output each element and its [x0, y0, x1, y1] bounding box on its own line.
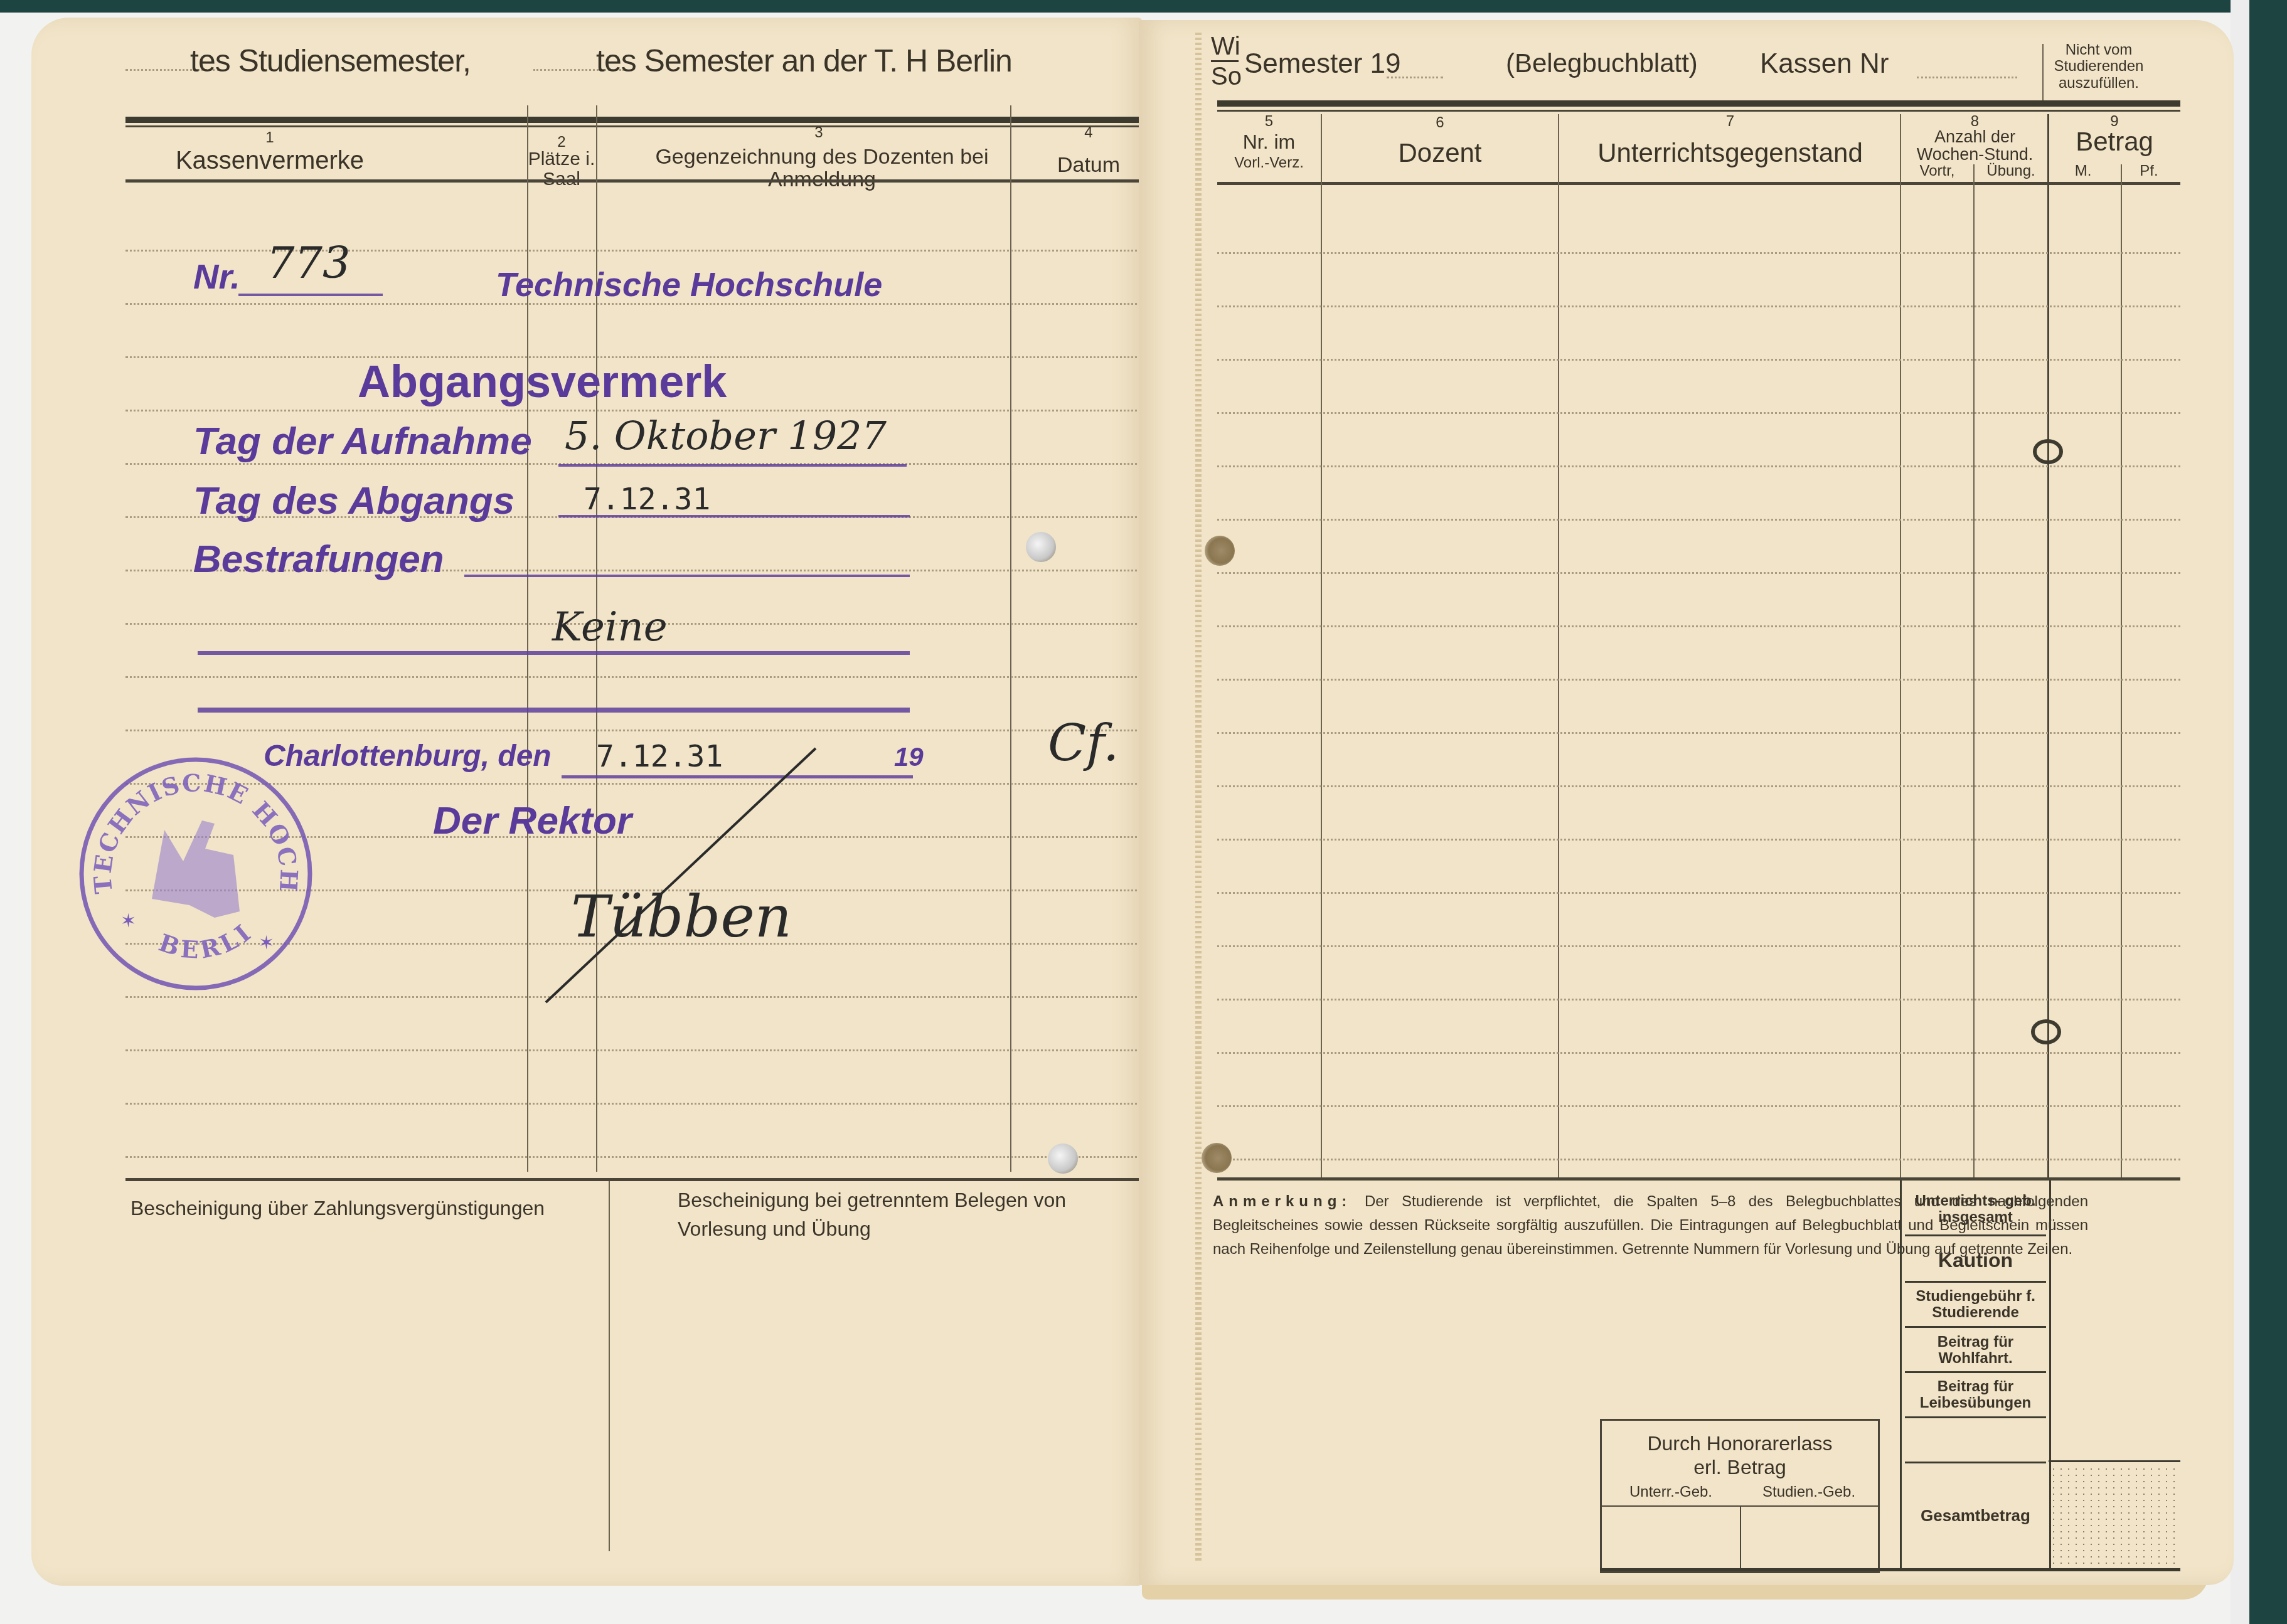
stamp-institution: Technische Hochschule	[496, 265, 882, 304]
column-divider	[1558, 114, 1559, 1181]
column-subheader-pfennig: Pf.	[2118, 163, 2180, 179]
column-header-kassenvermerke: Kassenvermerke	[125, 147, 414, 174]
punch-hole	[1205, 536, 1235, 566]
stamp-nr-label: Nr.	[193, 256, 240, 297]
column-header-dozent: Dozent	[1321, 139, 1559, 167]
row-line	[125, 1156, 1142, 1158]
header-semester-th-berlin: tes Semester an der T. H Berlin	[596, 43, 1012, 79]
row-line	[1217, 1052, 2180, 1054]
row-line	[1217, 1159, 2180, 1160]
column-header-datum: Datum	[1042, 154, 1136, 177]
fee-row-leibesuebungen: Beitrag für Leibesübungen	[1902, 1379, 2049, 1412]
row-line	[1217, 945, 2180, 947]
office-only-note: Nicht vom Studierenden auszufüllen.	[2049, 42, 2149, 92]
column-header-nr-im: Nr. im	[1217, 132, 1321, 153]
stamp-underline	[238, 294, 383, 296]
fee-row-wohlfahrt: Beitrag für Wohlfahrt.	[1902, 1334, 2049, 1367]
footer-zahlungsverguenstigungen: Bescheinigung über Zahlungsvergünstigung…	[131, 1194, 570, 1223]
fraction-bar	[1211, 60, 1239, 62]
column-header-gegenzeichnung: Gegenzeichnung des Dozenten bei Anmeldun…	[634, 146, 1010, 191]
column-number: 5	[1217, 113, 1321, 130]
column-subheader-vorl-verz: Vorl.-Verz.	[1217, 155, 1321, 171]
column-header-plaetze: Plätze i. Saal	[527, 149, 596, 189]
punch-hole	[1048, 1144, 1078, 1174]
stamp-field-aufnahme-label: Tag der Aufnahme	[193, 419, 532, 464]
row-line	[125, 1103, 1142, 1105]
honorar-box: Durch Honorarerlass erl. Betrag Unterr.-…	[1600, 1419, 1880, 1573]
total-rule	[2049, 1460, 2180, 1462]
row-line	[1217, 625, 2180, 627]
fee-divider	[1905, 1462, 2046, 1463]
header-bottom-rule	[125, 179, 1142, 183]
row-line	[125, 676, 1142, 678]
row-line	[1217, 252, 2180, 254]
row-line	[1217, 572, 2180, 574]
fee-divider	[1905, 1281, 2046, 1283]
stamp-underline	[198, 708, 910, 713]
background-band-right	[2249, 0, 2287, 1624]
header-rule	[125, 117, 1142, 123]
row-line	[1217, 999, 2180, 1000]
fee-divider	[1905, 1326, 2046, 1328]
row-line	[1217, 519, 2180, 521]
total-shaded-area	[2050, 1466, 2178, 1566]
honorar-col-divider	[1740, 1505, 1741, 1571]
kassen-nr-label: Kassen Nr	[1760, 48, 1889, 80]
fee-row-kaution: Kaution	[1902, 1250, 2049, 1271]
fee-divider	[1905, 1371, 2046, 1373]
punch-hole	[1202, 1143, 1232, 1173]
footer-rule	[125, 1178, 1142, 1181]
stamp-underline	[198, 651, 910, 655]
stamped-abgang-date: 7.12.31	[584, 482, 710, 517]
semester-label: Semester 19	[1244, 48, 1400, 80]
row-line	[1217, 732, 2180, 734]
header-rule	[1217, 110, 2180, 112]
fee-row-gesamtbetrag: Gesamtbetrag	[1902, 1507, 2049, 1525]
stamp-field-abgang-label: Tag des Abgangs	[193, 479, 514, 523]
column-number: 3	[596, 124, 1042, 142]
handwritten-nr-value: 773	[267, 237, 351, 289]
right-page: Wi So Semester 19 (Belegbuchblatt) Kasse…	[1139, 20, 2234, 1585]
column-header-betrag: Betrag	[2049, 128, 2180, 156]
row-line	[125, 1049, 1142, 1051]
footer-divider	[609, 1181, 610, 1551]
bottom-rule	[1600, 1568, 2180, 1571]
honorar-line1: Durch Honorarerlass	[1602, 1432, 1878, 1455]
seal-svg: TECHNISCHE HOCHSCHULE BERLIN ✶ ✶	[77, 755, 315, 993]
semester-type-wi: Wi	[1211, 34, 1240, 59]
header-bottom-rule	[1217, 182, 2180, 185]
office-box-divider	[2042, 44, 2044, 103]
column-header-wochenstunden: Anzahl der Wochen-Stund.	[1901, 128, 2049, 164]
column-number: 4	[1042, 124, 1136, 142]
eagle-icon	[152, 820, 240, 918]
row-line	[1217, 679, 2180, 681]
handwritten-aufnahme-date: 5. Oktober 1927	[565, 413, 887, 459]
row-line	[125, 730, 1142, 731]
punch-hole	[1026, 532, 1056, 562]
row-line	[1217, 892, 2180, 894]
honorar-col-unterr: Unterr.-Geb.	[1602, 1483, 1740, 1501]
footer-getrenntes-belegen: Bescheinigung bei getrenntem Belegen von…	[678, 1186, 1111, 1244]
column-subheader-vortrag: Vortr,	[1901, 163, 1973, 179]
column-subheader-uebung: Übung.	[1973, 163, 2049, 179]
row-line	[1217, 785, 2180, 787]
left-page: tes Studiensemester, tes Semester an der…	[31, 18, 1142, 1586]
stamp-underline	[558, 515, 910, 517]
belegbuchblatt-label: (Belegbuchblatt)	[1506, 48, 1698, 78]
header-rule	[1217, 100, 2180, 107]
svg-text:✶: ✶	[259, 933, 274, 953]
rector-signature: Tübben	[571, 883, 792, 950]
semester-type-so: So	[1211, 64, 1242, 89]
stamp-underline	[464, 575, 910, 577]
fill-in-line	[1387, 77, 1443, 78]
row-line	[1217, 839, 2180, 841]
row-line	[1217, 412, 2180, 414]
honorar-line2: erl. Betrag	[1602, 1456, 1878, 1479]
column-subheader-mark: M.	[2049, 163, 2118, 179]
note-title: Anmerkung:	[1213, 1193, 1351, 1210]
university-seal: TECHNISCHE HOCHSCHULE BERLIN ✶ ✶	[77, 755, 315, 993]
column-divider	[1010, 105, 1011, 1172]
stamp-underline	[558, 464, 907, 467]
fee-divider	[1905, 1234, 2046, 1236]
handwritten-initials: Cf.	[1048, 714, 1119, 772]
background-band-top	[0, 0, 2287, 13]
honorar-col-studien: Studien.-Geb.	[1740, 1483, 1878, 1501]
fee-row-studiengebuehr: Studiengebühr f. Studierende	[1902, 1288, 2049, 1322]
fee-row-unterrichtsgeb: Unterrichts- geb. insgesamt	[1902, 1193, 2049, 1226]
row-line	[1217, 465, 2180, 467]
svg-text:✶: ✶	[120, 911, 136, 931]
column-divider	[1321, 114, 1322, 1181]
column-header-unterrichtsgegenstand: Unterrichtsgegenstand	[1559, 139, 1901, 167]
row-line	[1217, 1105, 2180, 1107]
row-line	[1217, 305, 2180, 307]
column-number: 6	[1321, 114, 1559, 132]
fee-divider	[1905, 1416, 2046, 1418]
header-studiensemester: tes Studiensemester,	[190, 43, 471, 79]
signature-stroke	[521, 739, 872, 1009]
column-divider	[2121, 164, 2122, 1181]
row-line	[125, 410, 1142, 411]
stamp-year-prefix: 19	[894, 742, 924, 772]
stamp-title-abgangsvermerk: Abgangsvermerk	[358, 356, 727, 408]
stamp-field-bestrafungen-label: Bestrafungen	[193, 537, 444, 581]
ring-marker-icon	[2031, 1019, 2061, 1044]
column-divider	[1900, 114, 1901, 1181]
fee-summary-column: Unterrichts- geb. insgesamt Kaution Stud…	[1900, 1181, 2051, 1569]
handwritten-bestrafungen-value: Keine	[552, 604, 668, 650]
row-line	[1217, 359, 2180, 361]
kassen-nr-field	[1917, 77, 2017, 78]
ring-marker-icon	[2033, 439, 2063, 464]
column-number: 1	[125, 129, 414, 147]
perforation-edge	[1195, 33, 1202, 1563]
column-divider	[1973, 164, 1975, 1181]
column-number: 7	[1559, 113, 1901, 130]
